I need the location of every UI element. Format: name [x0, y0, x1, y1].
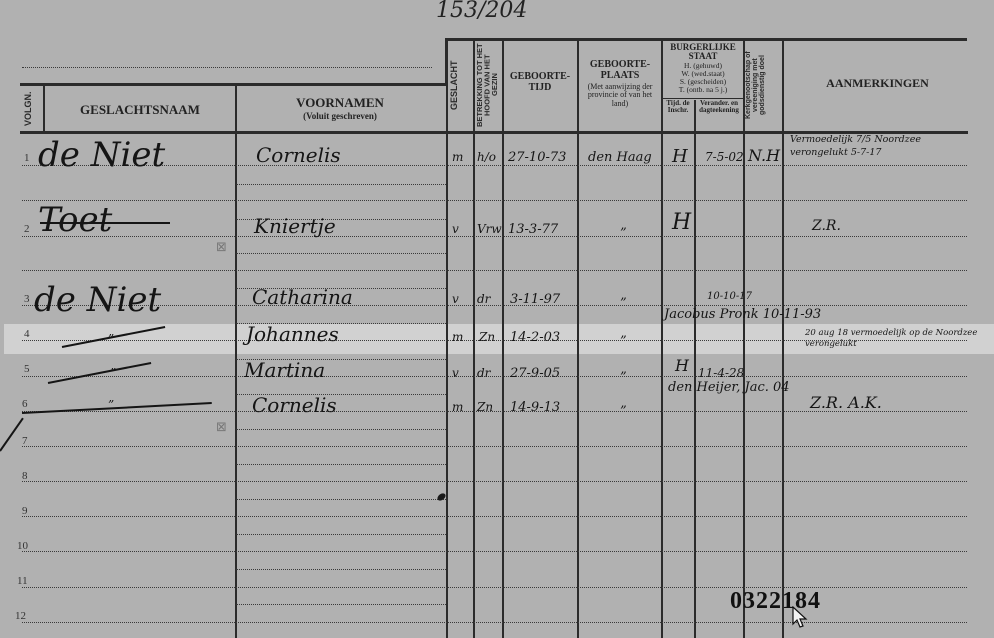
relation-cell: Vrw [477, 222, 502, 236]
relation-cell: Zn [479, 330, 495, 344]
row-number: 1 [24, 152, 30, 164]
row-line [22, 200, 967, 201]
civil-status-cell: H [672, 210, 691, 235]
sub-line [236, 253, 446, 254]
relation-cell: Zn [477, 400, 493, 414]
header-geslacht: GESLACHT [450, 42, 470, 128]
sub-line [236, 604, 446, 605]
sub-line [236, 534, 446, 535]
header-voornamen: VOORNAMEN [240, 96, 440, 110]
row-line [22, 622, 967, 623]
relation-cell: dr [477, 366, 490, 380]
sub-line [236, 569, 446, 570]
birth-place-cell: ” [620, 226, 627, 241]
header-voornamen-sub: (Voluit geschreven) [240, 112, 440, 121]
header-tijd-inschr: Tijd. de Inschr. [662, 100, 694, 115]
row-line [22, 236, 967, 237]
ditto-strike [48, 362, 151, 384]
sex-cell: m [452, 400, 463, 414]
header-geslachtsnaam: GESLACHTSNAAM [60, 103, 220, 117]
col-line-surname [235, 86, 237, 638]
sex-cell: v [452, 222, 459, 236]
relation-cell: h/o [477, 150, 496, 164]
row-number: 10 [17, 540, 28, 552]
spouse-note: den Heijer, Jac. 04 [668, 380, 790, 395]
given-name-cell: Catharina [252, 285, 353, 309]
sub-line [236, 429, 446, 430]
col-line-civil [694, 100, 696, 638]
stamp-mark-icon: ⊠ [216, 240, 227, 255]
surname-cell: de Niet [34, 280, 161, 320]
given-name-cell: Cornelis [256, 143, 341, 167]
surname-strike [40, 222, 170, 224]
civil-code-t: T. (ontb. na 5 j.) [663, 86, 743, 94]
relation-cell: dr [477, 292, 490, 306]
civil-status-cell: H [672, 146, 688, 167]
row-line [22, 446, 967, 447]
row-number: 2 [24, 223, 30, 235]
header-civil-codes: H. (gehuwd) W. (wed.staat) S. (gescheide… [663, 62, 743, 94]
given-name-cell: Kniertje [254, 214, 336, 238]
row-line [22, 376, 967, 377]
surname-cell: de Niet [38, 135, 165, 175]
civil-change-cell: 10-10-17 [707, 291, 752, 302]
remarks-cell: Z.R. [812, 218, 841, 234]
birth-place-cell: ” [620, 370, 627, 385]
col-line-given [446, 86, 448, 638]
row-number: 4 [24, 328, 30, 340]
header-verander: Verander. en dagteekening [695, 100, 743, 115]
row-number: 5 [24, 363, 30, 375]
mouse-pointer-icon [792, 606, 810, 630]
religion-cell: N.H [748, 146, 780, 165]
page-number: 153/204 [436, 0, 527, 23]
header-geboorteplaats-sub: (Met aanwijzing der provincie of van het… [580, 83, 660, 108]
surname-cell: Toet [38, 200, 112, 240]
birth-date-cell: 13-3-77 [508, 222, 558, 237]
header-geboortetijd: GEBOORTE-TIJD [504, 72, 576, 93]
row-line [22, 551, 967, 552]
spouse-note: Jacobus Pronk 10-11-93 [664, 307, 821, 322]
header-aanmerkingen: AANMERKINGEN [790, 77, 965, 90]
surname-cell: ” [110, 366, 116, 380]
row-number: 8 [22, 470, 28, 482]
birth-date-cell: 14-2-03 [510, 330, 560, 345]
given-name-cell: Johannes [246, 322, 339, 346]
header-burgerlijke-staat: BURGERLIJKE STAAT [663, 43, 743, 62]
sex-cell: v [452, 366, 459, 380]
row-number: 7 [22, 435, 28, 447]
civil-change-cell: 7-5-02 [705, 150, 744, 164]
col-line-birthplace [661, 40, 663, 638]
birth-place-cell: ” [620, 296, 627, 311]
header-step-border [445, 38, 448, 86]
row-line [22, 587, 967, 588]
remarks-cell: Z.R. A.K. [810, 393, 882, 412]
civil-change-cell: 11-4-28 [698, 366, 744, 380]
header-volgn: VOLGN. [24, 90, 40, 128]
col-line-sex [473, 40, 475, 638]
header-kerkgenootschap: Kerkgenootschap of vereeniging met godsd… [745, 42, 781, 128]
row-number: 3 [24, 293, 30, 305]
header-geboorteplaats: GEBOORTE-PLAATS [580, 60, 660, 81]
header-betrekking: BETREKKING TOT HET HOOFD VAN HET GEZIN [476, 42, 500, 128]
header-top-border-left [20, 83, 448, 86]
birth-place-cell: ” [620, 334, 627, 349]
sub-line [236, 499, 446, 500]
sex-cell: m [452, 150, 463, 164]
row-number: 9 [22, 505, 28, 517]
col-line-volgn [43, 86, 45, 132]
remarks-cell: Vermoedelijk 7/5 Noordzee verongelukt 5-… [790, 133, 970, 159]
row-number: 12 [15, 610, 26, 622]
row-number: 11 [17, 575, 28, 587]
sex-cell: m [452, 330, 463, 344]
birth-place-cell: den Haag [588, 150, 652, 165]
row-line [22, 516, 967, 517]
remarks-cell: 20 aug 18 vermoedelijk op de Noordzee ve… [805, 328, 990, 350]
given-name-cell: Cornelis [252, 393, 337, 417]
row-line [22, 270, 967, 271]
surname-cell: ” [108, 398, 114, 412]
header-top-border-right [445, 38, 967, 41]
birth-date-cell: 27-10-73 [508, 150, 566, 165]
given-name-cell: Martina [244, 358, 325, 382]
sub-line [236, 464, 446, 465]
col-line-relation [502, 40, 504, 638]
row-number: 6 [22, 398, 28, 410]
sub-line [236, 184, 446, 185]
sex-cell: v [452, 292, 459, 306]
col-line-religion [782, 40, 784, 638]
birth-date-cell: 27-9-05 [510, 366, 560, 381]
civil-status-cell: H [675, 356, 689, 375]
birth-date-cell: 14-9-13 [510, 400, 560, 415]
birth-date-cell: 3-11-97 [510, 292, 560, 307]
ditto-strike [22, 402, 212, 414]
row-line [22, 481, 967, 482]
registry-page: 153/204 VOLGN. GESLACHTSNAAM VOORNAMEN (… [0, 0, 994, 638]
col-line-civilchange [743, 40, 745, 638]
top-dotted-line [22, 67, 432, 68]
margin-strike [0, 418, 24, 452]
row-line [22, 305, 967, 306]
surname-cell: ” [108, 332, 114, 346]
col-line-birthdate [577, 40, 579, 638]
birth-place-cell: ” [620, 404, 627, 419]
stamp-mark-icon: ⊠ [216, 420, 227, 435]
